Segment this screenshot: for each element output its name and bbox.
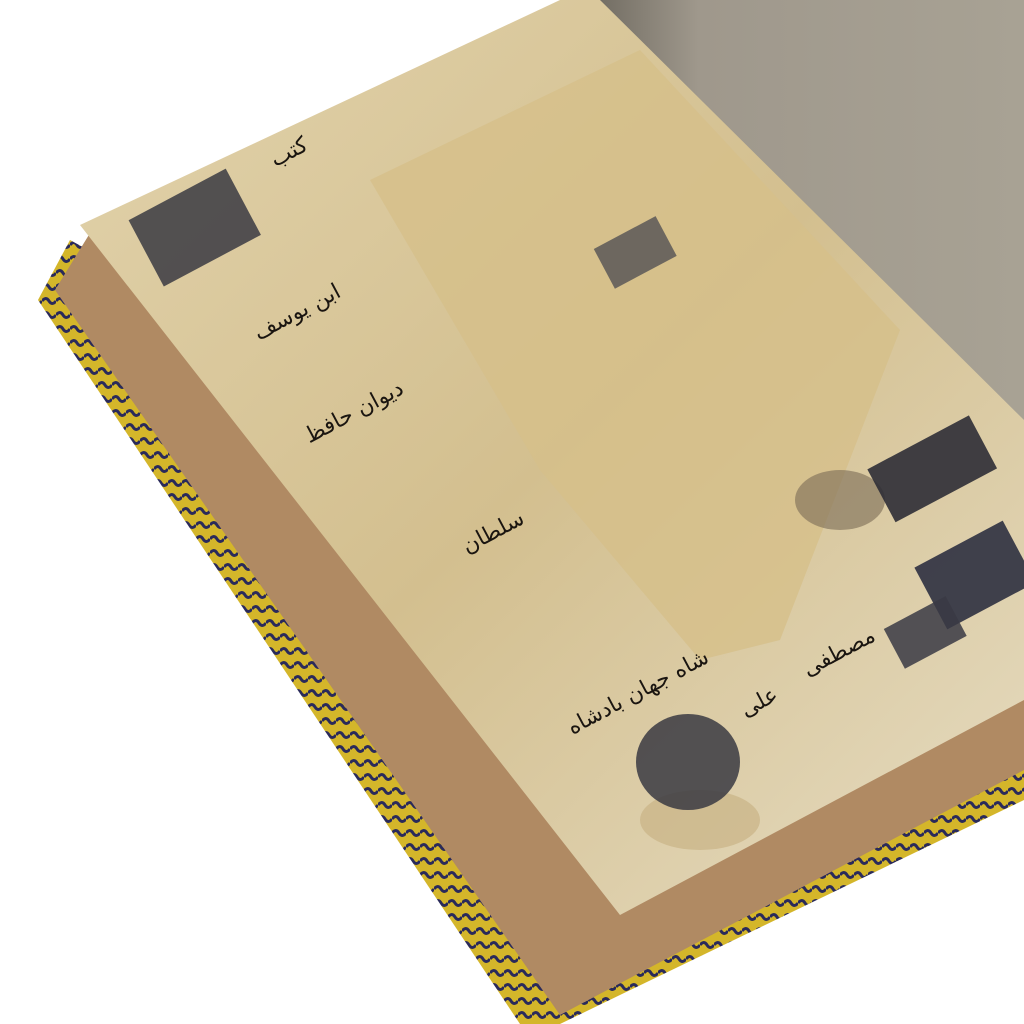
manuscript-photo: کتب ابن یوسف دیوان حافظ سلطان شاه جهان ب… xyxy=(0,0,1024,1024)
seal-stamp-oval xyxy=(636,714,740,810)
